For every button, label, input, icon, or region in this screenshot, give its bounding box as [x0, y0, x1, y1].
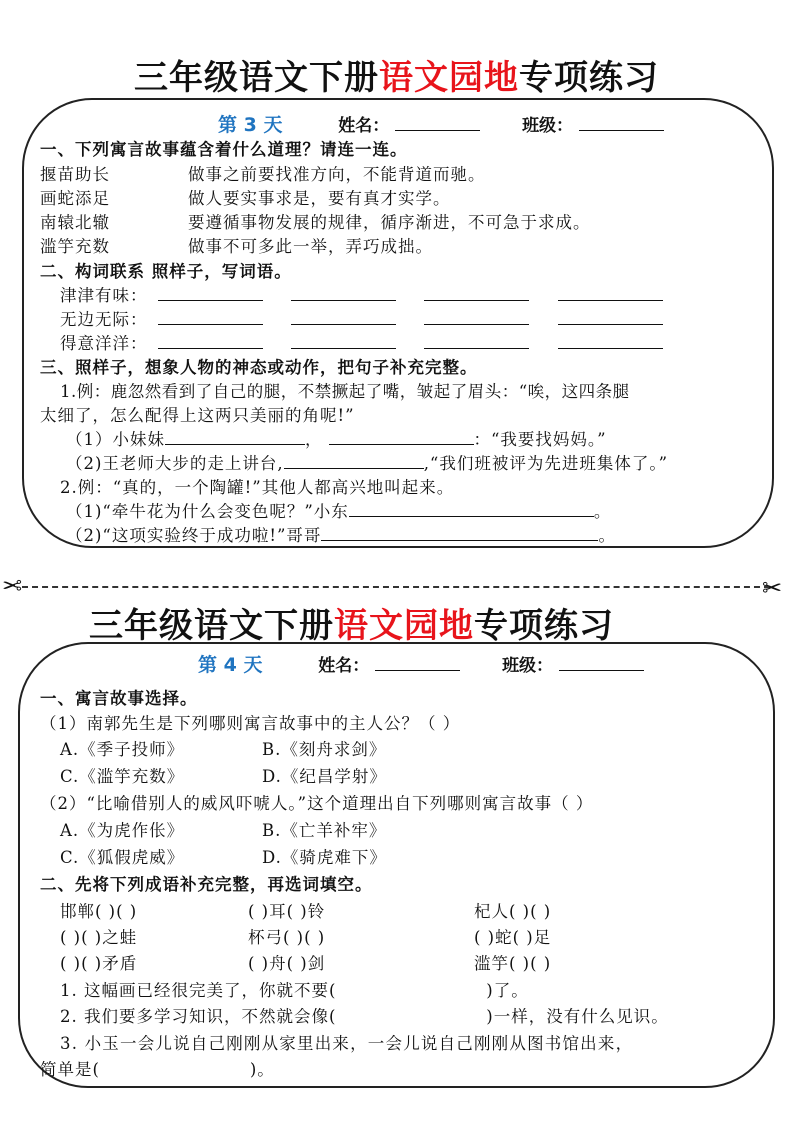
question-text: （2)王老师大步的走上讲台,	[66, 454, 284, 473]
title-text: 三年级语文下册	[89, 606, 334, 646]
answer-blank[interactable]	[291, 310, 396, 325]
idiom-fill[interactable]: 滥竽( )( )	[474, 950, 551, 974]
name-label: 姓名：	[318, 656, 369, 676]
idiom-fill[interactable]: ( )蛇( )足	[474, 924, 551, 948]
answer-blank[interactable]	[558, 286, 663, 301]
answer-blank[interactable]	[165, 430, 305, 445]
day-label: 第 3 天	[218, 114, 282, 136]
example-text: 太细了，怎么配得上这两只美丽的角呢!”	[40, 402, 355, 426]
section-heading: 一、下列寓言故事蕴含着什么道理？请连一连。	[40, 136, 408, 160]
class-input[interactable]	[559, 654, 644, 671]
word-row: 津津有味：	[60, 282, 663, 306]
answer-blank[interactable]	[424, 286, 529, 301]
idiom-item[interactable]: 滥竽充数	[40, 233, 110, 257]
word-row: 无边无际：	[60, 306, 663, 330]
word-label: 无边无际：	[60, 310, 148, 329]
word-row: 得意洋洋：	[60, 330, 663, 354]
class-label: 班级：	[522, 116, 573, 136]
moral-item[interactable]: 做人要实事求是，要有真才实学。	[188, 185, 451, 209]
word-label: 津津有味：	[60, 286, 148, 305]
answer-blank[interactable]	[558, 310, 663, 325]
answer-blank[interactable]	[291, 334, 396, 349]
idiom-item[interactable]: 画蛇添足	[40, 185, 110, 209]
moral-item[interactable]: 要遵循事物发展的规律，循序渐进，不可急于求成。	[188, 209, 591, 233]
answer-blank[interactable]	[349, 502, 594, 517]
fill-sentence[interactable]: 简单是( )。	[40, 1056, 275, 1080]
answer-blank[interactable]	[329, 430, 474, 445]
question-text: 。	[598, 526, 616, 545]
question-line: （1)“牵牛花为什么会变色呢？”小东。	[66, 498, 611, 522]
name-input[interactable]	[395, 114, 480, 131]
answer-blank[interactable]	[424, 334, 529, 349]
answer-blank[interactable]	[284, 454, 424, 469]
answer-blank[interactable]	[321, 526, 598, 541]
title-highlight: 语文园地	[334, 606, 474, 646]
day-label: 第 4 天	[198, 654, 262, 676]
cut-line-divider	[22, 586, 770, 588]
question-text: （1）南郭先生是下列哪则寓言故事中的主人公？（ ）	[40, 710, 460, 734]
section-heading: 二、先将下列成语补充完整，再选词填空。	[40, 871, 373, 895]
fill-sentence: 3. 小玉一会儿说自己刚刚从家里出来，一会儿说自己刚刚从图书馆出来，	[60, 1030, 633, 1054]
sheet2-title: 三年级语文下册语文园地专项练习	[0, 598, 748, 647]
title-text: 三年级语文下册	[134, 58, 379, 98]
name-label: 姓名：	[338, 116, 389, 136]
option-d[interactable]: D.《纪昌学射》	[262, 763, 387, 787]
title-text: 专项练习	[474, 606, 614, 646]
scissors-icon: ✂	[762, 574, 782, 602]
answer-blank[interactable]	[158, 286, 263, 301]
class-input[interactable]	[579, 114, 664, 131]
option-c[interactable]: C.《狐假虎威》	[60, 844, 184, 868]
idiom-item[interactable]: 南辕北辙	[40, 209, 110, 233]
moral-item[interactable]: 做事之前要找准方向，不能背道而驰。	[188, 161, 486, 185]
example-text: 2.例：“真的，一个陶罐!”其他人都高兴地叫起来。	[60, 474, 454, 498]
title-text: 专项练习	[519, 58, 659, 98]
word-label: 得意洋洋：	[60, 334, 148, 353]
option-a[interactable]: A.《季子投师》	[60, 736, 184, 760]
scissors-icon: ✂	[2, 572, 22, 600]
answer-blank[interactable]	[558, 334, 663, 349]
answer-blank[interactable]	[158, 334, 263, 349]
fill-sentence[interactable]: 2. 我们要多学习知识，不然就会像( )一样，没有什么见识。	[60, 1003, 669, 1027]
option-c[interactable]: C.《滥竽充数》	[60, 763, 184, 787]
answer-blank[interactable]	[424, 310, 529, 325]
idiom-fill[interactable]: ( )( )矛盾	[60, 950, 137, 974]
moral-item[interactable]: 做事不可多此一举，弄巧成拙。	[188, 233, 433, 257]
idiom-item[interactable]: 揠苗助长	[40, 161, 110, 185]
question-line: （2)王老师大步的走上讲台,,“我们班被评为先进班集体了。”	[66, 450, 668, 474]
section-heading: 一、寓言故事选择。	[40, 685, 198, 709]
question-line: （1）小妹妹，：“我要找妈妈。”	[66, 426, 607, 450]
option-b[interactable]: B.《亡羊补牢》	[262, 817, 386, 841]
option-d[interactable]: D.《骑虎难下》	[262, 844, 387, 868]
section-heading: 二、构词联系 照样子，写词语。	[40, 258, 292, 282]
question-text: ,“我们班被评为先进班集体了。”	[424, 454, 668, 473]
idiom-fill[interactable]: 邯郸( )( )	[60, 898, 137, 922]
idiom-fill[interactable]: ( )耳( )铃	[248, 898, 325, 922]
question-text: （1)“牵牛花为什么会变色呢？”小东	[66, 502, 349, 521]
class-label: 班级：	[502, 656, 553, 676]
sheet1-title: 三年级语文下册语文园地专项练习	[0, 50, 793, 99]
question-text: （1）小妹妹	[66, 430, 165, 449]
option-b[interactable]: B.《刻舟求剑》	[262, 736, 386, 760]
answer-blank[interactable]	[291, 286, 396, 301]
title-highlight: 语文园地	[379, 58, 519, 98]
question-text: ：“我要找妈妈。”	[474, 430, 607, 449]
idiom-fill[interactable]: 杯弓( )( )	[248, 924, 325, 948]
idiom-fill[interactable]: 杞人( )( )	[474, 898, 551, 922]
question-text: 。	[594, 502, 612, 521]
section-heading: 三、照样子，想象人物的神态或动作，把句子补充完整。	[40, 354, 478, 378]
option-a[interactable]: A.《为虎作伥》	[60, 817, 184, 841]
sheet2-header: 第 4 天 姓名： 班级：	[198, 650, 644, 677]
idiom-fill[interactable]: ( )舟( )剑	[248, 950, 325, 974]
answer-blank[interactable]	[158, 310, 263, 325]
fill-sentence[interactable]: 1. 这幅画已经很完美了，你就不要( )了。	[60, 977, 529, 1001]
example-text: 1.例：鹿忽然看到了自己的腿，不禁撅起了嘴，皱起了眉头：“唉，这四条腿	[60, 378, 630, 402]
question-line: （2)“这项实验终于成功啦!”哥哥。	[66, 522, 616, 546]
question-text: （2）“比喻借别人的威风吓唬人。”这个道理出自下列哪则寓言故事（ ）	[40, 790, 593, 814]
question-text: （2)“这项实验终于成功啦!”哥哥	[66, 526, 321, 545]
name-input[interactable]	[375, 654, 460, 671]
question-text: ，	[305, 430, 323, 449]
idiom-fill[interactable]: ( )( )之蛙	[60, 924, 137, 948]
sheet1-header: 第 3 天 姓名： 班级：	[218, 110, 664, 137]
